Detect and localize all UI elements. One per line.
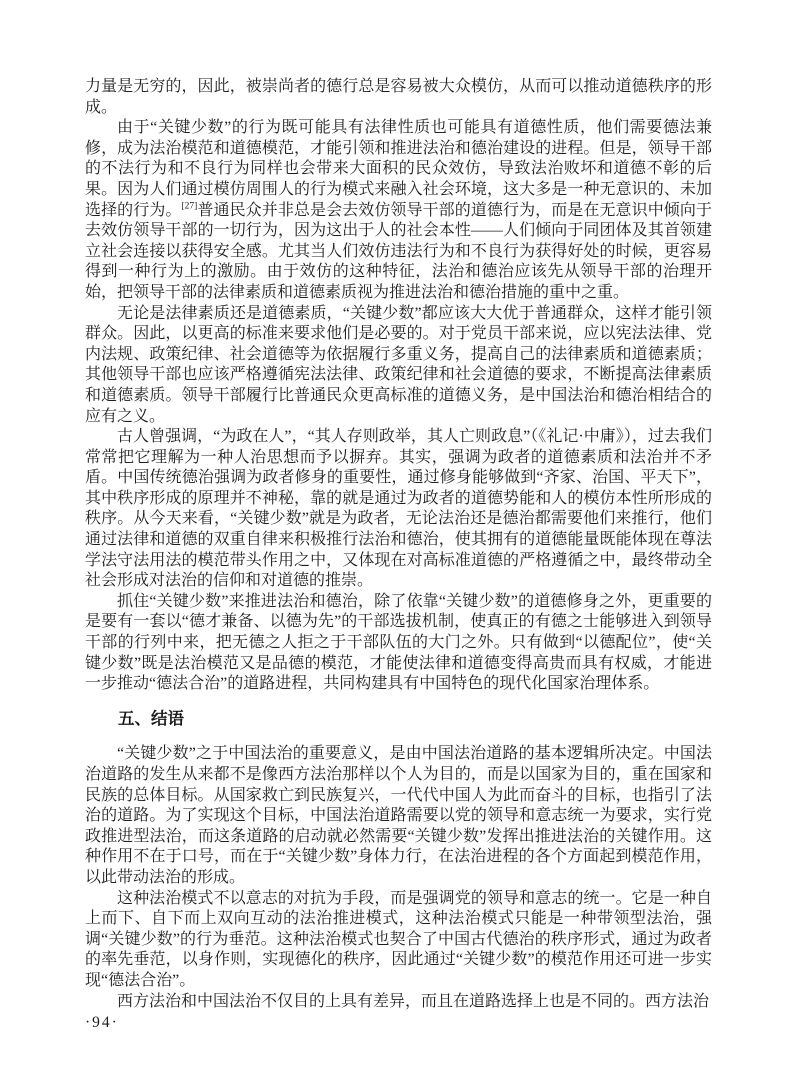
footnote-marker-27: [27] <box>182 201 198 211</box>
paragraph: 无论是法律素质还是道德素质，“关键少数”都应该大大优于普通群众，这样才能引领群众… <box>85 304 712 428</box>
paragraph: 古人曾强调，“为政在人”，“其人存则政举，其人亡则政息”（《礼记·中庸》），过去… <box>85 427 712 592</box>
paragraph: 西方法治和中国法治不仅目的上具有差异，而且在道路选择上也是不同的。西方法治 <box>85 992 712 1013</box>
page-number: ·94· <box>85 1013 712 1034</box>
document-page: 力量是无穷的，因此，被崇尚者的德行总是容易被大众模仿，从而可以推动道德秩序的形成… <box>0 0 793 1077</box>
article-text: 力量是无穷的，因此，被崇尚者的德行总是容易被大众模仿，从而可以推动道德秩序的形成… <box>85 77 712 1034</box>
paragraph: “关键少数”之于中国法治的重要意义，是由中国法治道路的基本逻辑所决定。中国法治道… <box>85 744 712 888</box>
paragraph: 这种法治模式不以意志的对抗为手段，而是强调党的领导和意志的统一。它是一种自上而下… <box>85 889 712 992</box>
section-heading-conclusion: 五、结语 <box>85 709 712 730</box>
paragraph: 抓住“关键少数”来推进法治和德治，除了依靠“关键少数”的道德修身之外，更重要的是… <box>85 592 712 695</box>
paragraph-continuation: 力量是无穷的，因此，被崇尚者的德行总是容易被大众模仿，从而可以推动道德秩序的形成… <box>85 77 712 118</box>
paragraph: 由于“关键少数”的行为既可能具有法律性质也可能具有道德性质，他们需要德法兼修，成… <box>85 118 712 303</box>
